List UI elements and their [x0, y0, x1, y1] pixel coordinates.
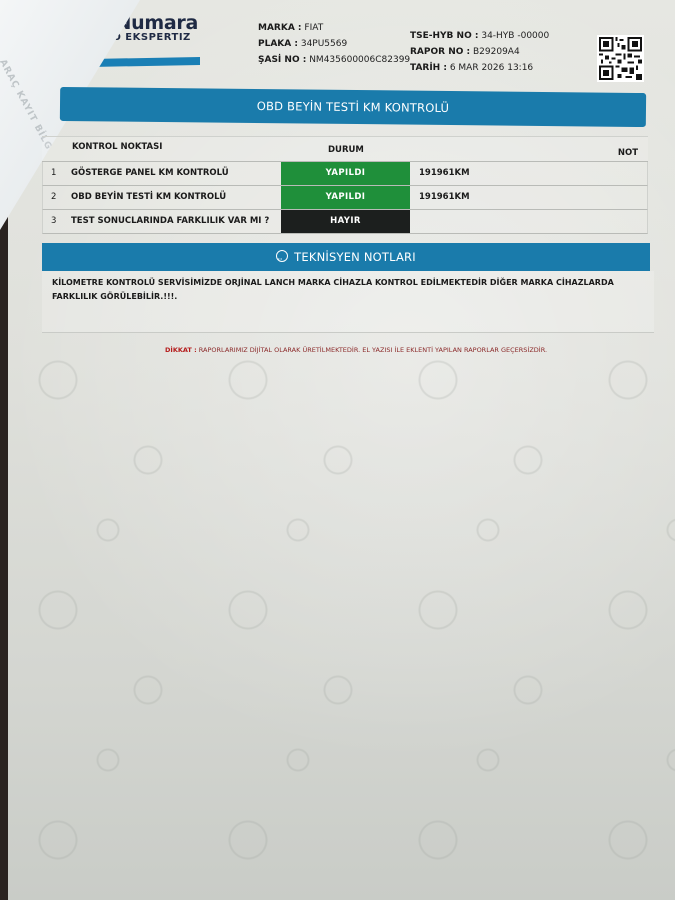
technician-notes-title: TEKNİSYEN NOTLARI [294, 250, 416, 264]
row-label: TEST SONUCLARINDA FARKLILIK VAR MI ? [71, 216, 269, 226]
warning-text: RAPORLARIMIZ DİJİTAL OLARAK ÜRETİLMEKTED… [199, 346, 547, 354]
tse-row: TSE-HYB NO : 34-HYB -00000 [410, 28, 549, 44]
km-control-table: KONTROL NOKTASI DURUM NOT 1 GÖSTERGE PAN… [42, 136, 648, 234]
column-header-kontrol: KONTROL NOKTASI [72, 142, 162, 152]
tarih-label: TARİH : [410, 63, 447, 73]
row-note: 191961KM [419, 192, 470, 202]
rapor-label: RAPOR NO : [410, 47, 470, 57]
row-note: 191961KM [419, 168, 470, 178]
technician-notes-banner: TEKNİSYEN NOTLARI [42, 243, 650, 271]
warning-notice: DİKKAT : RAPORLARIMIZ DİJİTAL OLARAK ÜRE… [165, 346, 547, 354]
report-page [8, 0, 675, 900]
sasi-row: ŞASİ NO : NM435600006C82399 [258, 52, 410, 68]
table-header: KONTROL NOKTASI DURUM NOT [42, 136, 648, 162]
plaka-row: PLAKA : 34PU5569 [258, 36, 410, 52]
rapor-row: RAPOR NO : B29209A4 [410, 44, 549, 60]
chat-bubble-icon [276, 250, 288, 262]
row-number: 1 [51, 168, 56, 178]
tarih-value: 6 MAR 2026 13:16 [450, 63, 533, 73]
column-header-not: NOT [618, 148, 638, 158]
column-header-durum: DURUM [328, 145, 364, 155]
qr-code-icon[interactable] [597, 35, 644, 82]
section-title-banner: OBD BEYİN TESTİ KM KONTROLÜ [60, 87, 646, 127]
table-row: 3 TEST SONUCLARINDA FARKLILIK VAR MI ? H… [42, 210, 648, 234]
table-row: 2 OBD BEYİN TESTİ KM KONTROLÜ YAPILDI 19… [42, 186, 648, 210]
warning-label: DİKKAT : [165, 346, 197, 354]
sasi-value: NM435600006C82399 [309, 55, 410, 65]
row-number: 3 [51, 216, 56, 226]
rapor-value: B29209A4 [473, 47, 520, 57]
status-badge: YAPILDI [281, 162, 410, 185]
sasi-label: ŞASİ NO : [258, 55, 306, 65]
row-number: 2 [51, 192, 56, 202]
tse-label: TSE-HYB NO : [410, 31, 478, 41]
plaka-value: 34PU5569 [301, 39, 347, 49]
plaka-label: PLAKA : [258, 39, 298, 49]
row-label: GÖSTERGE PANEL KM KONTROLÜ [71, 168, 229, 178]
vehicle-info: MARKA : FIAT PLAKA : 34PU5569 ŞASİ NO : … [258, 20, 410, 68]
row-label: OBD BEYİN TESTİ KM KONTROLÜ [71, 192, 226, 202]
table-row: 1 GÖSTERGE PANEL KM KONTROLÜ YAPILDI 191… [42, 162, 648, 186]
technician-notes-body: KİLOMETRE KONTROLÜ SERVİSİMİZDE ORJİNAL … [42, 271, 654, 333]
tse-value: 34-HYB -00000 [481, 31, 549, 41]
marka-label: MARKA : [258, 23, 302, 33]
tarih-row: TARİH : 6 MAR 2026 13:16 [410, 60, 549, 76]
status-badge: HAYIR [281, 210, 410, 233]
report-info: TSE-HYB NO : 34-HYB -00000 RAPOR NO : B2… [410, 28, 549, 76]
marka-value: FIAT [304, 23, 323, 33]
status-badge: YAPILDI [281, 186, 410, 209]
marka-row: MARKA : FIAT [258, 20, 410, 36]
